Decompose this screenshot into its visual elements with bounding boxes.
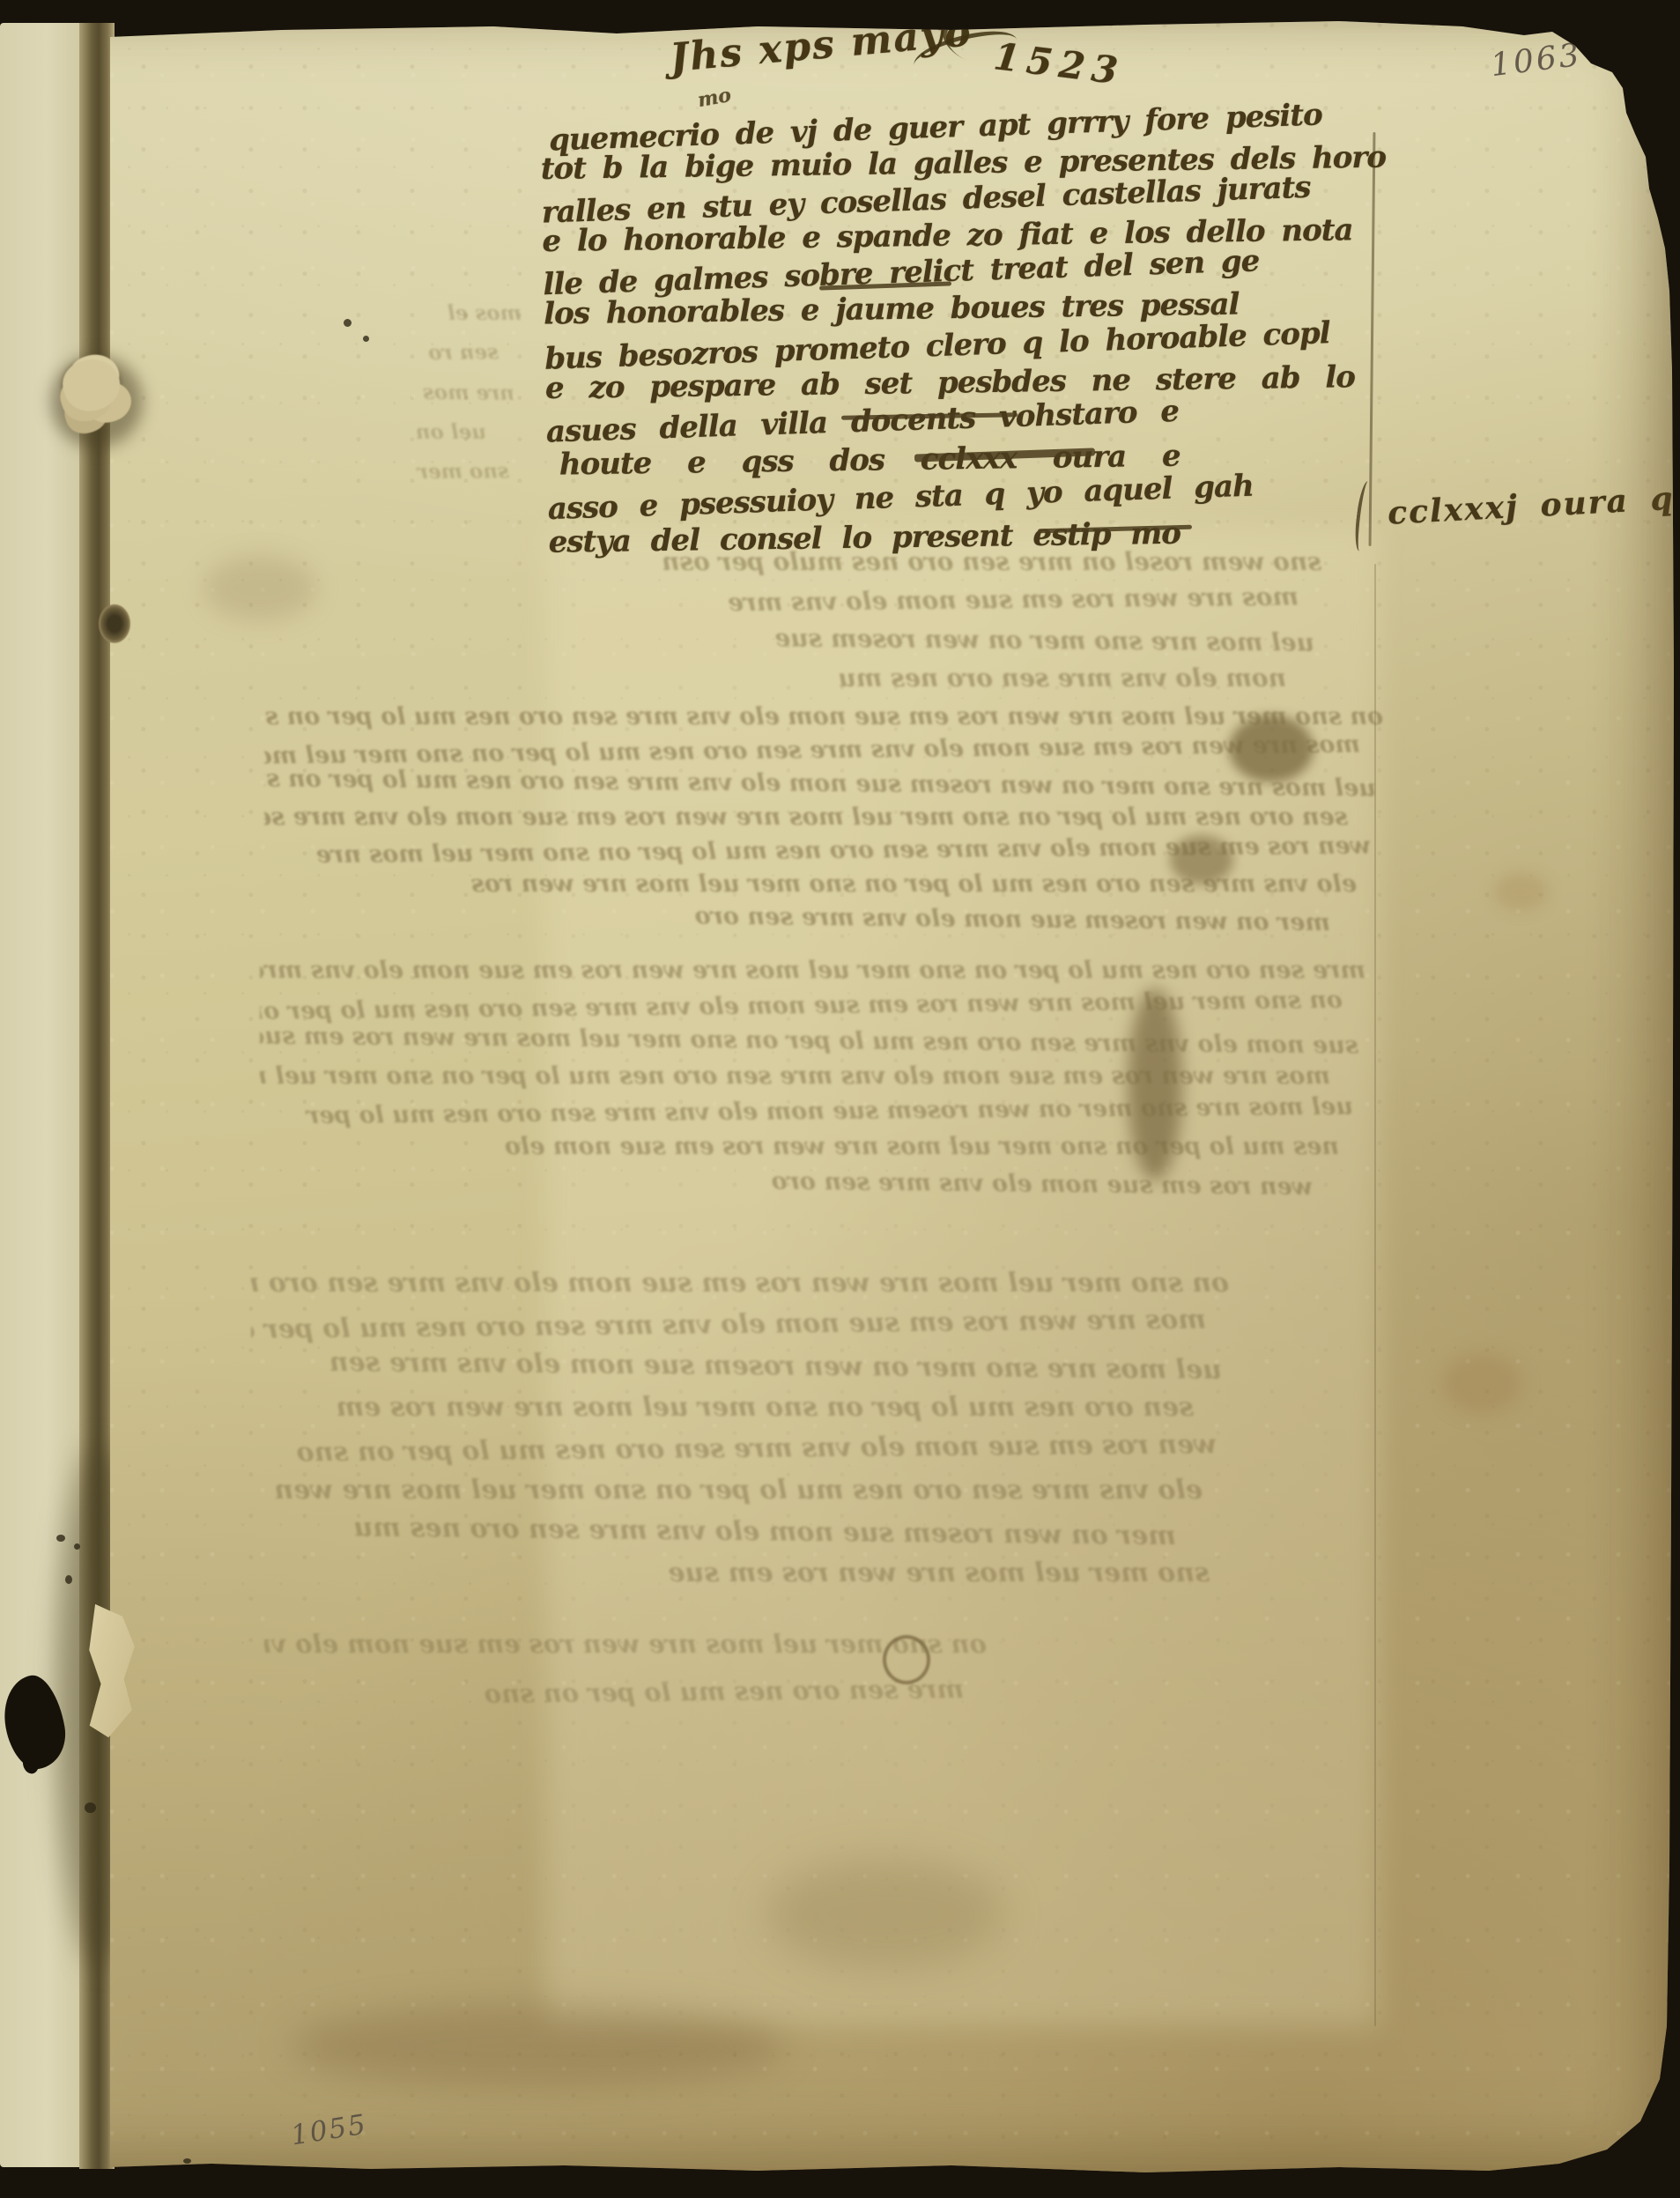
showthrough-line: mer on wen rosem sue nom elo vns mre sen… <box>251 1513 1229 1550</box>
showthrough-line: wen ros em sue nom elo vns mre sen oro n… <box>264 833 1383 867</box>
showthrough-line: on sno mer uel mos nre wen ros em sue no… <box>260 988 1365 1023</box>
foxing-spot <box>1493 872 1548 911</box>
showthrough-line: mos el <box>337 303 522 323</box>
ink-speck <box>344 319 352 327</box>
ink-speck <box>56 1535 65 1542</box>
showthrough-line: uel mos nre sno mer on wen rosem sue nom… <box>251 1349 1229 1384</box>
showthrough-line: uel mos nre sno mer on wen rosem sue nom… <box>260 1095 1365 1129</box>
foxing-spot <box>1441 1352 1522 1414</box>
showthrough-line: mre sen oro nes mu lo per on sno <box>264 1676 987 1710</box>
showthrough-band: on sno mer uel mos nre wen ros em sue no… <box>264 1632 987 1746</box>
header-sub-mark: mo <box>696 84 733 112</box>
showthrough-line: sen oro nes mu lo per on sno mer uel mos… <box>251 1395 1229 1421</box>
manuscript-page: mos el sen ro nre mos uel on sno mer sno… <box>0 0 1680 2198</box>
ink-speck <box>65 1575 72 1584</box>
paper-crease <box>1374 564 1376 2026</box>
showthrough-line: mos nre wen ros em sue nom elo vns mre s… <box>260 1064 1365 1088</box>
showthrough-line: mos nre wen ros em sue nom elo vns mre <box>529 584 1321 617</box>
showthrough-line: nom elo vns mre sen oro nes mu <box>529 666 1321 691</box>
showthrough-line: uel mos nre sno mer on wen rosem sue nom… <box>264 766 1383 800</box>
ink-speck <box>183 2158 191 2164</box>
paper-mottling <box>203 555 317 621</box>
showthrough-line: uel mos nre sno mer on wen rosem sue <box>529 624 1321 655</box>
showthrough-line: mos nre wen ros em sue nom elo vns mre s… <box>264 732 1383 767</box>
damp-stain <box>766 1859 1004 1969</box>
paper-hole <box>99 604 130 643</box>
showthrough-line: mer on wen rosem sue nom elo vns mre sen… <box>264 899 1383 935</box>
showthrough-band: on sno mer uel mos nre wen ros em sue no… <box>264 705 1383 936</box>
folio-number-bottom-left: 1055 <box>289 2108 369 2151</box>
showthrough-line: nes mu lo per on sno mer uel mos nre wen… <box>260 1135 1365 1158</box>
showthrough-line: sen ro <box>337 342 522 364</box>
showthrough-band: on sno mer uel mos nre wen ros em sue no… <box>251 1270 1229 1607</box>
showthrough-line: mos nre wen ros em sue nom elo vns mre s… <box>251 1306 1229 1343</box>
showthrough-line: on sno mer uel mos nre wen ros em sue no… <box>264 1632 987 1657</box>
showthrough-line: on sno mer uel mos nre wen ros em sue no… <box>251 1270 1229 1297</box>
ink-speck <box>74 1543 80 1550</box>
showthrough-line: uel on <box>337 422 522 442</box>
showthrough-line: on sno mer uel mos nre wen ros em sue no… <box>264 705 1383 729</box>
showthrough-line: elo vns mre sen oro nes mu lo per on sno… <box>251 1477 1229 1504</box>
showthrough-line: sen oro nes mu lo per on sno mer uel mos… <box>264 805 1383 829</box>
entry-text-block: quemecrio de vj de guer apt grrry fore p… <box>539 95 1412 588</box>
showthrough-line: wen ros em sue nom elo vns mre sen oro <box>260 1164 1365 1199</box>
showthrough-line: elo vns mre sen oro nes mu lo per on sno… <box>264 872 1383 896</box>
damp-stain <box>291 2004 784 2088</box>
ink-speck <box>85 1802 96 1813</box>
ink-speck <box>363 336 369 342</box>
showthrough-line: sno mer <box>337 461 522 483</box>
showthrough-line: mre sen oro nes mu lo per on sno mer uel… <box>260 958 1365 982</box>
showthrough-band-left-margin: mos el sen ro nre mos uel on sno mer <box>337 303 522 511</box>
margin-note: cclxxxj oura qps <box>1387 477 1680 532</box>
showthrough-line: nre mos <box>337 381 522 403</box>
header-year: 1523 <box>992 34 1128 93</box>
showthrough-line: sno mer uel mos nre wen ros em sue <box>251 1560 1229 1587</box>
manuscript-scan: mos el sen ro nre mos uel on sno mer sno… <box>0 0 1680 2198</box>
showthrough-line: sue nom elo vns mre sen oro nes mu lo pe… <box>260 1025 1365 1058</box>
showthrough-band: mre sen oro nes mu lo per on sno mer uel… <box>260 958 1365 1209</box>
showthrough-line: wen ros em sue nom elo vns mre sen oro n… <box>251 1432 1229 1467</box>
folio-number-top-right: 1063 <box>1489 37 1584 84</box>
